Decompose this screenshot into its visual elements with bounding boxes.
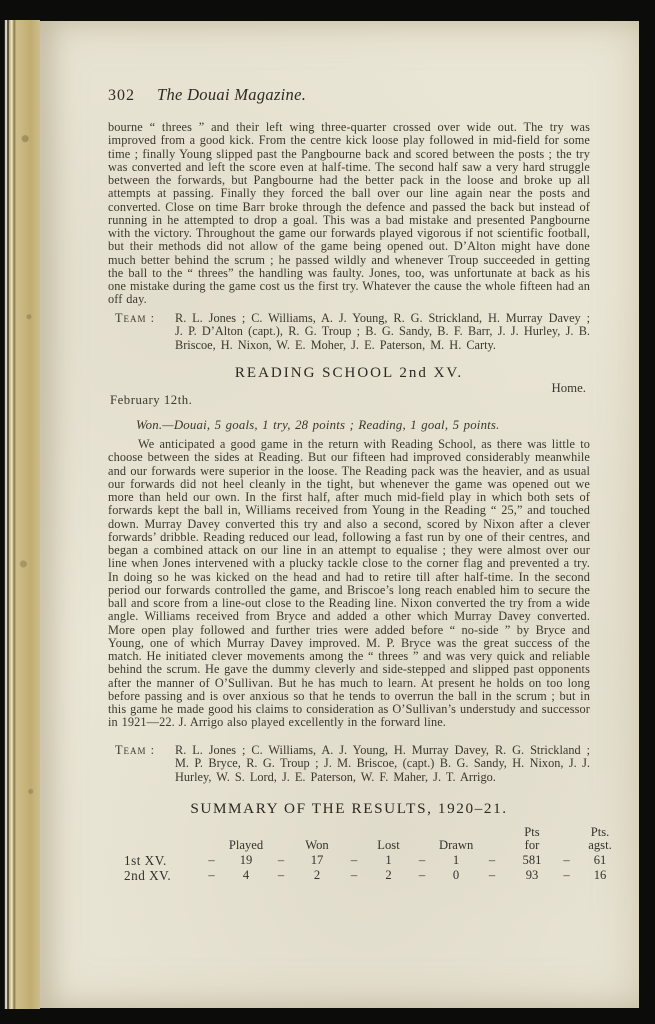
table-spacer <box>298 824 336 838</box>
col-header-won: Won <box>298 838 336 853</box>
table-spacer <box>473 838 511 853</box>
value-2nd-lost: 2 <box>372 868 405 883</box>
table-spacer <box>405 838 439 853</box>
results-table: Pts Pts. Played Won Lost Drawn for agst.… <box>108 824 610 883</box>
table-spacer <box>336 838 372 853</box>
value-2nd-won: 2 <box>298 868 336 883</box>
table-spacer <box>108 838 195 853</box>
dash-separator: – <box>405 853 439 868</box>
table-spacer <box>264 824 298 838</box>
table-spacer <box>553 838 580 853</box>
row-label-2nd-xv: 2nd XV. <box>108 868 195 883</box>
value-2nd-pts-for: 93 <box>511 868 553 883</box>
match-venue: Home. <box>552 381 586 396</box>
col-header-pts-for: for <box>511 838 553 853</box>
scan-background: 302 The Douai Magazine. bourne “ threes … <box>0 0 655 1024</box>
dash-separator: – <box>264 853 298 868</box>
page-header: 302 The Douai Magazine. <box>108 85 590 105</box>
table-spacer <box>228 824 264 838</box>
page-number: 302 <box>108 87 135 105</box>
team-label: Team : <box>115 744 155 758</box>
book-page-edges <box>3 20 40 1009</box>
table-spacer <box>372 824 405 838</box>
col-header-played: Played <box>228 838 264 853</box>
pangbourne-report-paragraph: bourne “ threes ” and their left wing th… <box>108 121 590 307</box>
page-content: 302 The Douai Magazine. bourne “ threes … <box>108 85 590 883</box>
table-spacer <box>195 824 228 838</box>
col-header-drawn: Drawn <box>439 838 473 853</box>
reading-report-paragraph: We anticipated a good game in the return… <box>108 438 590 730</box>
row-label-1st-xv: 1st XV. <box>108 853 195 868</box>
dash-separator: – <box>195 868 228 883</box>
table-spacer <box>108 824 195 838</box>
magazine-title: The Douai Magazine. <box>157 85 306 105</box>
reading-team-list: Team : R. L. Jones ; C. Williams, A. J. … <box>108 744 590 785</box>
dash-separator: – <box>195 853 228 868</box>
value-1st-pts-agst: 61 <box>580 853 620 868</box>
value-1st-played: 19 <box>228 853 264 868</box>
dash-separator: – <box>336 868 372 883</box>
dash-separator: – <box>336 853 372 868</box>
dash-separator: – <box>264 868 298 883</box>
table-spacer <box>405 824 439 838</box>
match-meta-row: Home. February 12th. <box>108 384 590 411</box>
value-1st-pts-for: 581 <box>511 853 553 868</box>
dash-separator: – <box>473 853 511 868</box>
table-spacer <box>473 824 511 838</box>
team-label: Team : <box>115 312 155 326</box>
value-2nd-played: 4 <box>228 868 264 883</box>
col-header-pts-agst: agst. <box>580 838 620 853</box>
match-date: February 12th. <box>110 393 192 408</box>
dash-separator: – <box>405 868 439 883</box>
table-spacer <box>336 824 372 838</box>
table-spacer <box>439 824 473 838</box>
match-heading: READING SCHOOL 2nd XV. <box>108 365 590 382</box>
value-1st-lost: 1 <box>372 853 405 868</box>
col-header-lost: Lost <box>372 838 405 853</box>
dash-separator: – <box>553 853 580 868</box>
value-1st-won: 17 <box>298 853 336 868</box>
table-spacer <box>264 838 298 853</box>
value-1st-drawn: 1 <box>439 853 473 868</box>
team-names: R. L. Jones ; C. Williams, A. J. Young, … <box>175 311 590 352</box>
col-header-pts-agst-top: Pts. <box>580 824 620 838</box>
table-spacer <box>553 824 580 838</box>
team-names: R. L. Jones ; C. Williams, A. J. Young, … <box>175 743 590 784</box>
table-spacer <box>195 838 228 853</box>
magazine-page: 302 The Douai Magazine. bourne “ threes … <box>40 21 639 1008</box>
value-2nd-drawn: 0 <box>439 868 473 883</box>
summary-heading: SUMMARY OF THE RESULTS, 1920–21. <box>108 800 590 818</box>
col-header-pts-for-top: Pts <box>511 824 553 838</box>
dash-separator: – <box>553 868 580 883</box>
dash-separator: – <box>473 868 511 883</box>
value-2nd-pts-agst: 16 <box>580 868 620 883</box>
pangbourne-team-list: Team : R. L. Jones ; C. Williams, A. J. … <box>108 312 590 353</box>
match-result-line: Won.—Douai, 5 goals, 1 try, 28 points ; … <box>108 418 590 433</box>
